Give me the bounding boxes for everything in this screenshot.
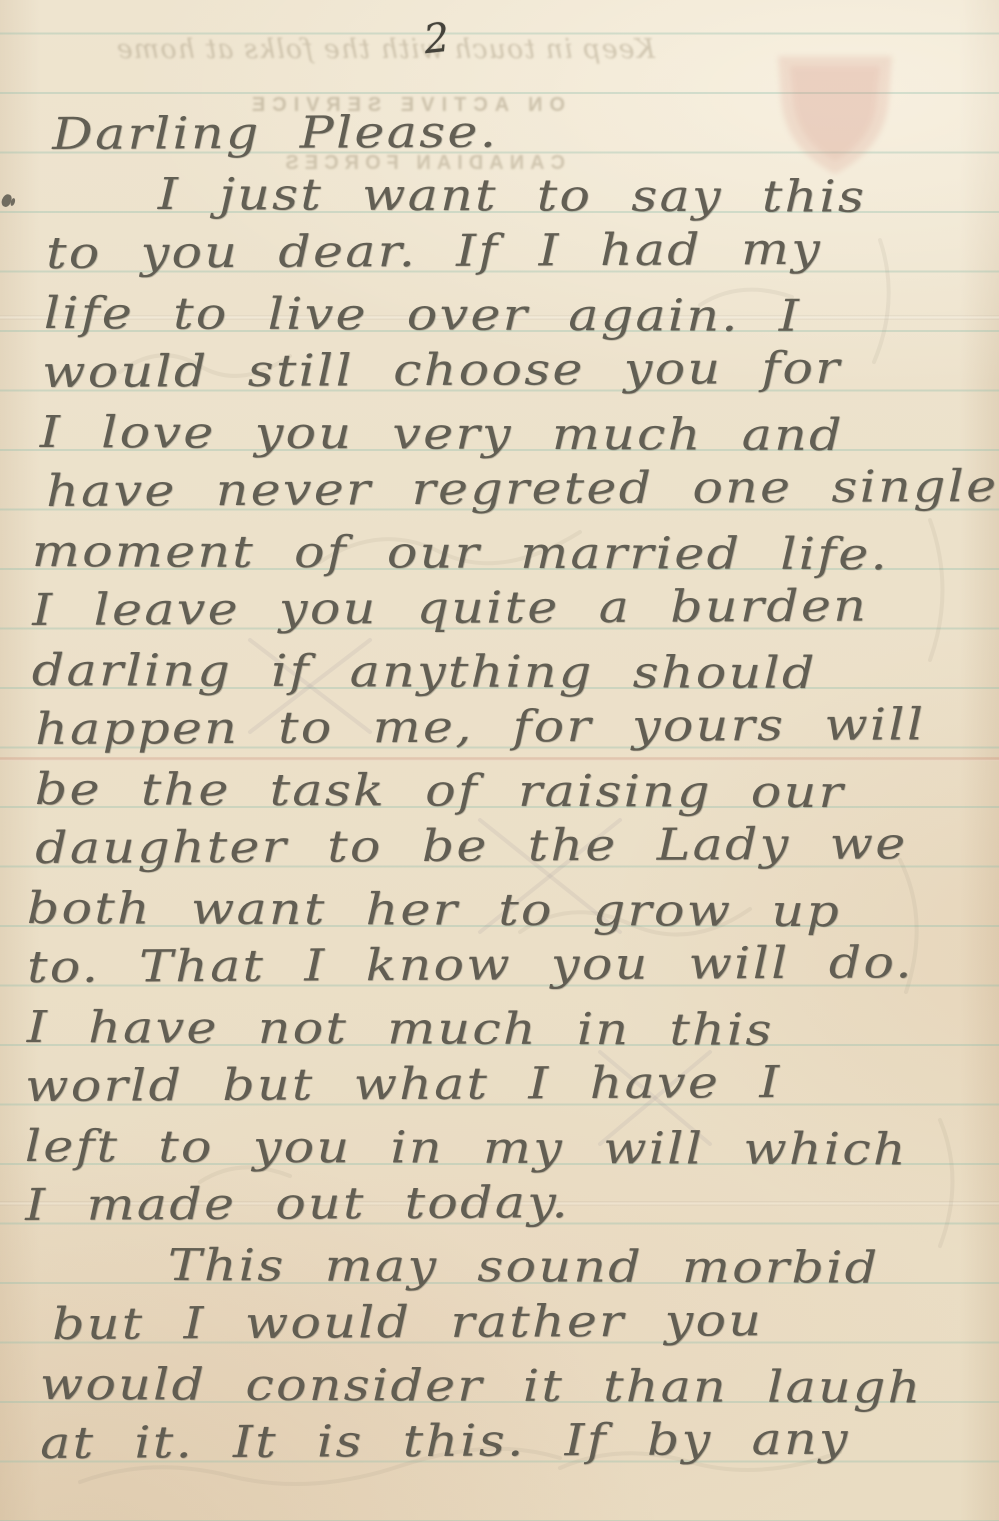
- letter-line: to you dear. If I had my: [46, 224, 822, 279]
- letter-line: moment of our married life.: [32, 526, 889, 580]
- letter-line: but I would rather you: [52, 1295, 763, 1350]
- letter-line: would consider it than laugh: [40, 1359, 923, 1413]
- letter-line: at it. It is this. If by any: [40, 1414, 850, 1469]
- letter-line: Darling Please.: [52, 107, 498, 160]
- letter-line: have never regreted one single: [46, 461, 999, 517]
- letter-line: I made out today.: [25, 1177, 570, 1231]
- letter-line: would still choose you for: [42, 343, 842, 398]
- page-number: 2: [422, 15, 452, 63]
- letter-line: I just want to say this: [158, 169, 867, 223]
- letter-line: I love you very much and: [40, 407, 844, 461]
- letter-line: This may sound morbid: [168, 1240, 880, 1294]
- letter-line: daughter to be the Lady we: [35, 818, 908, 874]
- handwritten-letter-page: Keep in touch with the folks at home ON …: [0, 0, 999, 1521]
- letter-line: happen to me, for yours will: [35, 699, 926, 755]
- letter-line: darling if anything should: [32, 645, 817, 699]
- letter-line: I leave you quite a burden: [32, 581, 868, 636]
- letter-line: world but what I have I: [25, 1057, 782, 1112]
- letter-line: I have not much in this: [27, 1002, 774, 1056]
- crest-shield-icon: [766, 46, 904, 182]
- letter-line: both want her to grow up: [27, 883, 841, 937]
- letter-line: be the task of raising our: [35, 764, 845, 818]
- letter-line: to. That I know you will do.: [27, 937, 914, 993]
- letter-line: left to you in my will which: [25, 1121, 908, 1175]
- letter-line: life to live over again. I: [44, 288, 801, 342]
